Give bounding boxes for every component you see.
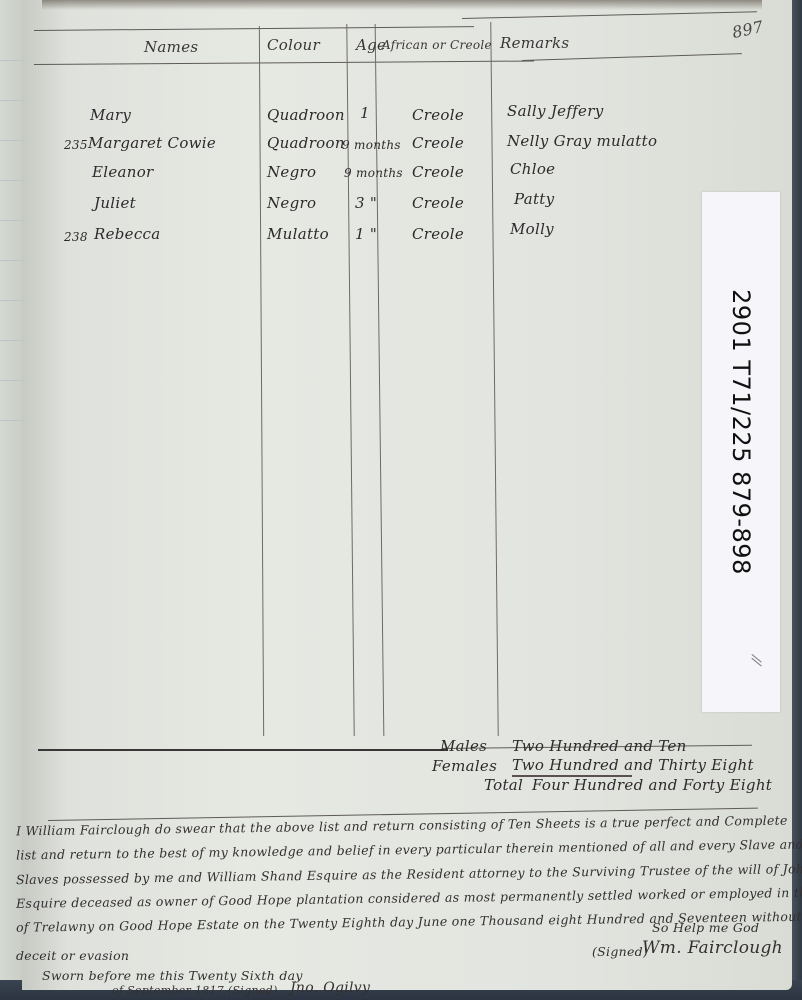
cell-name: Eleanor	[92, 163, 154, 181]
cell-name: Margaret Cowie	[88, 134, 216, 152]
cell-name: Mary	[90, 106, 131, 124]
header-bottom-rule-right	[522, 53, 742, 61]
cell-colour: Negro	[267, 194, 316, 212]
cell-origin: Creole	[412, 225, 464, 243]
cell-age: 1 "	[355, 225, 377, 243]
total-value: Four Hundred and Forty Eight	[532, 776, 772, 794]
cell-origin: Creole	[412, 194, 464, 212]
column-divider-names-colour	[259, 26, 264, 736]
top-edge-stain	[42, 0, 762, 10]
cell-remarks: Nelly Gray mulatto	[507, 132, 657, 150]
oath-closing: So Help me God	[652, 920, 759, 935]
column-divider-age-origin	[375, 24, 385, 736]
tally-marks: ̸̸̸̸ ̸̸̸̸̸̸	[719, 663, 763, 705]
cell-origin: Creole	[412, 106, 464, 124]
sworn-line-2: of September 1817 (Signed)	[112, 984, 278, 997]
cell-age: 9 months	[342, 138, 401, 152]
cell-number: 238	[64, 230, 88, 244]
header-african-creole: African or Creole	[382, 38, 492, 52]
cell-colour: Quadroon	[267, 106, 345, 124]
cell-colour: Mulatto	[267, 225, 329, 243]
males-value: Two Hundred and Ten	[512, 737, 687, 755]
cell-remarks: Sally Jeffery	[507, 102, 603, 120]
page-number: 897	[730, 17, 765, 42]
cell-remarks: Chloe	[510, 160, 555, 178]
cell-name: Juliet	[94, 194, 136, 212]
header-remarks: Remarks	[500, 34, 569, 52]
total-label: Total	[484, 776, 523, 794]
header-bottom-rule	[34, 61, 534, 65]
signed-label: (Signed)	[592, 944, 648, 959]
cell-name: Rebecca	[94, 225, 161, 243]
column-divider-origin-remarks	[490, 22, 498, 736]
oath-line: deceit or evasion	[16, 948, 129, 963]
cell-age: 1	[360, 104, 370, 122]
header-names: Names	[144, 38, 198, 56]
header-top-rule	[34, 26, 474, 31]
justice-signature: Jno. Ogilvy	[290, 980, 370, 996]
cell-colour: Quadroon	[267, 134, 345, 152]
cell-number: 235	[64, 138, 88, 152]
oath-line: Esquire deceased as owner of Good Hope p…	[16, 884, 802, 911]
column-divider-colour-age	[346, 24, 354, 736]
oath-line: Slaves possessed by me and William Shand…	[16, 860, 802, 887]
cell-colour: Negro	[267, 163, 316, 181]
males-label: Males	[440, 737, 487, 755]
header-top-rule-right	[462, 11, 757, 19]
header-colour: Colour	[267, 36, 320, 54]
ledger-page: 897 Names Colour Age African or Creole R…	[22, 0, 792, 990]
oath-line: I William Fairclough do swear that the a…	[16, 813, 788, 839]
table-bottom-rule	[38, 749, 448, 751]
archive-reference-slip: 2901 T71/225 879-898 ̸̸̸̸ ̸̸̸̸̸̸	[702, 192, 780, 712]
oath-line: list and return to the best of my knowle…	[16, 836, 802, 862]
females-label: Females	[432, 757, 497, 775]
signature: Wm. Fairclough	[642, 938, 783, 958]
archive-reference: 2901 T71/225 879-898	[727, 289, 755, 575]
cell-age: 3 "	[355, 194, 377, 212]
cell-origin: Creole	[412, 134, 464, 152]
cell-remarks: Patty	[514, 190, 554, 208]
sworn-line-1: Sworn before me this Twenty Sixth day	[42, 968, 303, 983]
cell-age: 9 months	[344, 166, 403, 180]
cell-remarks: Molly	[510, 220, 554, 238]
females-value: Two Hundred and Thirty Eight	[512, 756, 754, 774]
cell-origin: Creole	[412, 163, 464, 181]
